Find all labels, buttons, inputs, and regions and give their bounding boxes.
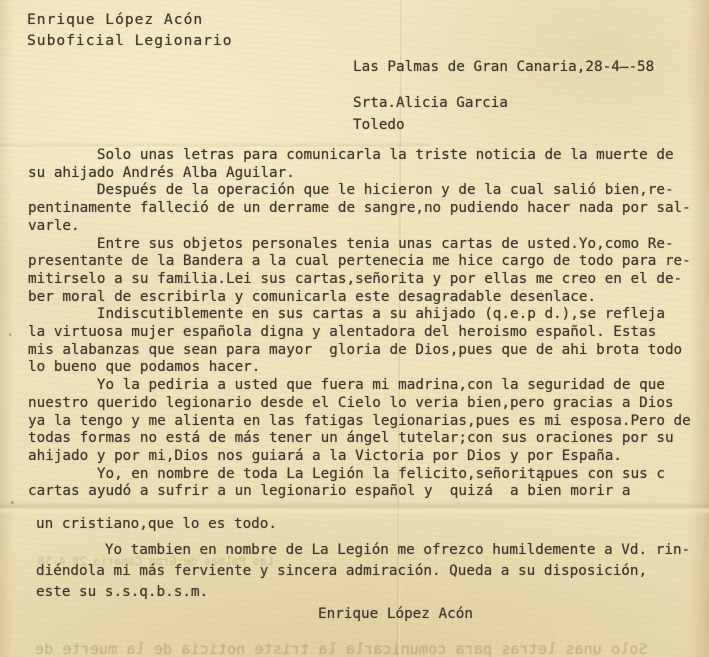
scanned-letter-page: Enrique López Acón Suboficial Legionario…: [0, 0, 709, 657]
recipient-block: Srta.Alicia Garcia Toledo: [353, 92, 508, 137]
sender-block: Enrique López Acón Suboficial Legionario: [27, 10, 233, 51]
recipient-city: Toledo: [353, 114, 508, 136]
letter-line: presentante de la Bandera a la cual pert…: [28, 253, 691, 271]
sender-title: Suboficial Legionario: [27, 31, 233, 52]
after-fold-line: un cristiano,que lo es todo.: [36, 516, 277, 532]
bleedthrough-date: Las Palmas de Gran Canaria,28-4-58: [38, 554, 273, 568]
paper-speck: [9, 333, 11, 336]
letter-line: Después de la operación que le hicieron …: [28, 182, 691, 200]
letter-line: ya la tengo y me alienta en las fatigas …: [28, 413, 691, 431]
letter-line: todas formas no está de más tener un áng…: [28, 430, 691, 448]
letter-line: Entre sus objetos personales tenia unas …: [28, 236, 691, 254]
letter-line: ahijado y por mi,Dios nos guiará a la Vi…: [28, 448, 691, 466]
letter-line: su ahijado Andrés Alba Aguilar.: [28, 165, 691, 183]
signature: Enrique López Acón: [318, 606, 473, 622]
letter-line: lo bueno que podamos hacer.: [28, 359, 691, 377]
letter-line: mitirselo a su familia.Lei sus cartas,se…: [28, 271, 691, 289]
horizontal-fold-crease: [0, 501, 709, 515]
letter-line: la virtuosa mujer española digna y alent…: [28, 324, 691, 342]
letter-line: Solo unas letras para comunicarla la tri…: [28, 147, 691, 165]
letter-line: Indiscutiblemente en sus cartas a su ahi…: [28, 306, 691, 324]
letter-line: mis alabanzas que sean para mayor gloria…: [28, 342, 691, 360]
bleedthrough-first-line: Solo unas letras para comunicarla la tri…: [35, 640, 648, 657]
letter-line: Yo la pediria a usted que fuera mi madri…: [28, 377, 691, 395]
sender-name: Enrique López Acón: [27, 10, 233, 31]
paper-speck: [11, 501, 14, 504]
letter-line: pentinamente falleció de un derrame de s…: [28, 200, 691, 218]
letter-line: nuestro querido legionario desde el Ciel…: [28, 395, 691, 413]
letter-line: ber moral de escribirla y comunicarla es…: [28, 289, 691, 307]
recipient-name: Srta.Alicia Garcia: [353, 92, 508, 114]
letter-line: Yo, en nombre de toda La Legión la felic…: [28, 466, 691, 484]
letter-line: varle.: [28, 218, 691, 236]
letter-body: Solo unas letras para comunicarla la tri…: [28, 147, 691, 501]
dateline: Las Palmas de Gran Canaria,28-4̶-58: [353, 59, 654, 75]
letter-line: cartas ayudó a sufrir a un legionario es…: [28, 483, 691, 501]
closing-paragraph: Yo tambien en nombre de La Legión me ofr…: [36, 540, 690, 603]
letter-line: este su s.s.q.b.s.m.: [36, 582, 690, 603]
